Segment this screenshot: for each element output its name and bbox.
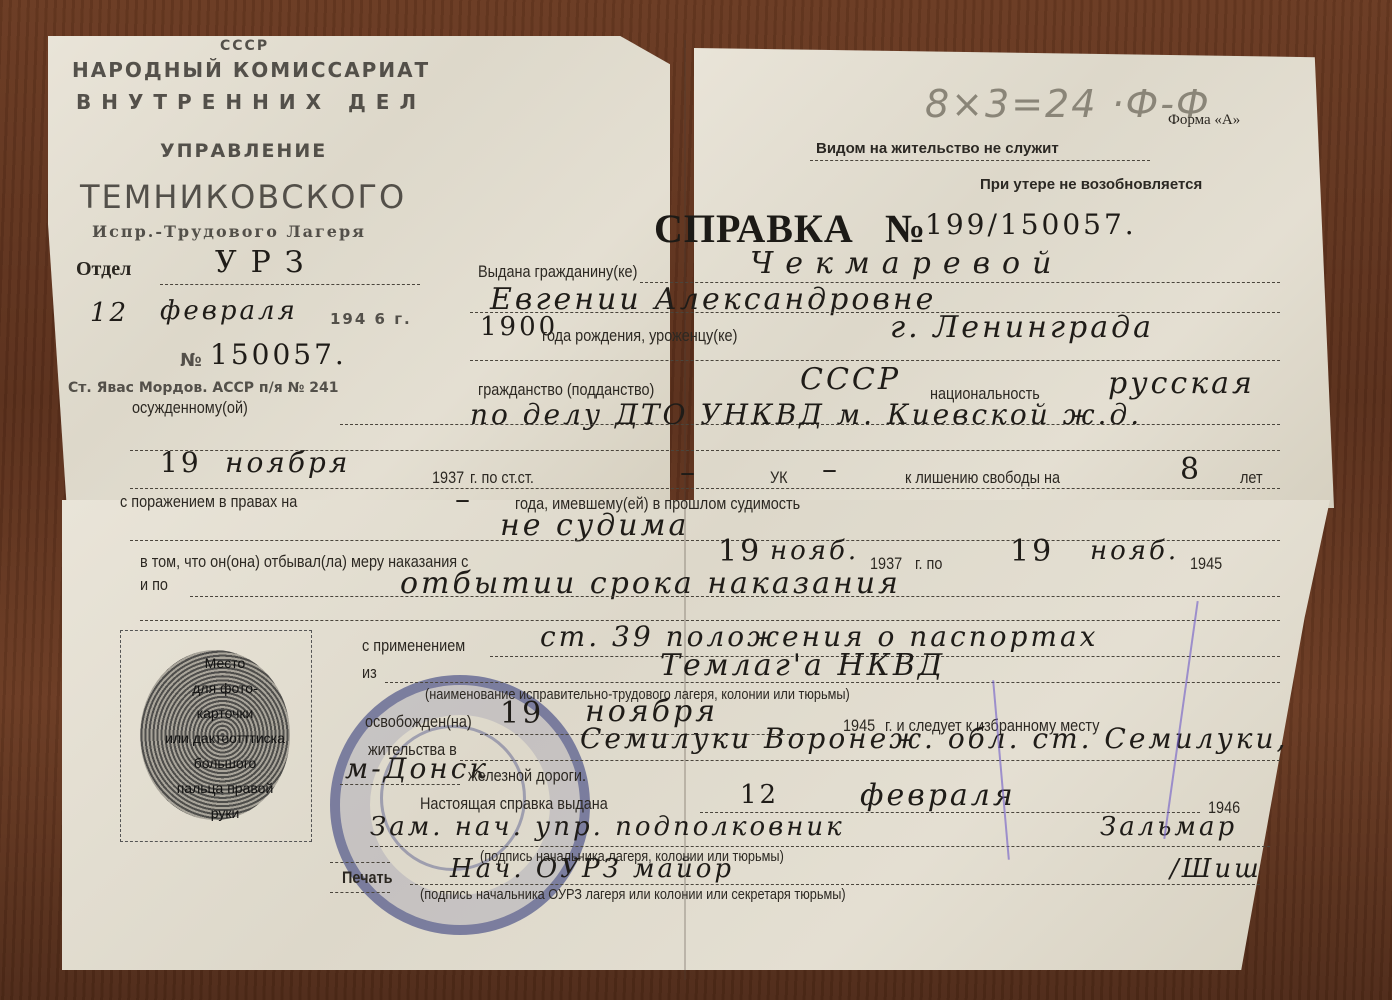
stamp-line: ТЕМНИКОВСКОГО <box>80 178 406 216</box>
served-to-month: нояб. <box>1090 536 1179 566</box>
fingerprint-caption: для фото- <box>145 680 305 696</box>
rule <box>160 284 420 285</box>
stamp-date-month: февраля <box>160 296 298 326</box>
rule <box>810 160 1150 161</box>
deprivation-label: к лишению свободы на <box>905 468 1060 488</box>
residence: Семилуки Воронеж. обл. ст. Семилуки, <box>580 722 1288 755</box>
prior-conviction: не судима <box>500 508 689 543</box>
ourz-name: /Шиш <box>1170 854 1262 884</box>
issued-to-label: Выдана гражданину(ке) <box>478 262 637 282</box>
fingerprint-caption: Место <box>145 655 305 671</box>
rule <box>460 760 1280 761</box>
ourz-caption: (подпись начальника ОУРЗ лагеря или коло… <box>420 886 846 903</box>
chief-signature: Зам. нач. упр. подполковник <box>370 812 845 842</box>
article: – <box>680 455 698 490</box>
ourz-signature: Нач. ОУРЗ майор <box>450 854 734 884</box>
served-to-year: 1945 <box>1190 554 1222 574</box>
notice-not-residence-permit: Видом на жительство не служит <box>816 140 1059 157</box>
surname: Чекмаревой <box>750 246 1063 281</box>
birthplace: г. Ленинграда <box>890 310 1154 345</box>
stamp-line: СССР <box>220 38 269 54</box>
fingerprint-caption: пальца правой <box>145 780 305 796</box>
stamp-line: ВНУТРЕННИХ ДЕЛ <box>76 90 426 114</box>
citizenship-label: гражданство (подданство) <box>478 380 654 400</box>
stamp-date-day: 12 <box>90 298 129 328</box>
stamp-line: УПРАВЛЕНИЕ <box>160 140 327 162</box>
released-day: 19 <box>500 696 544 731</box>
issued-label: Настоящая справка выдана <box>420 794 608 814</box>
rule <box>385 682 1280 683</box>
served-from-day: 19 <box>718 534 762 569</box>
form-label: Форма «А» <box>1168 112 1240 129</box>
chief-name: Зальмар <box>1100 812 1237 842</box>
served-to-day: 19 <box>1010 534 1054 569</box>
stamp-address: Ст. Явас Мордов. АССР п/я № 241 <box>68 380 339 396</box>
rights-term: – <box>455 482 473 517</box>
rule <box>330 862 390 863</box>
rights-label: с поражением в правах на <box>120 492 297 512</box>
birth-label: года рождения, уроженцу(ке) <box>542 326 737 346</box>
fingerprint-caption: большого <box>145 755 305 771</box>
issued-month: февраля <box>860 778 1016 813</box>
rule <box>410 884 1260 885</box>
from-camp: Темлаг'а НКВД <box>660 648 945 683</box>
case: по делу ДТО УНКВД м. Киевской ж.д. <box>470 398 1142 431</box>
code-label: УК <box>770 468 788 488</box>
title-number-sign: № <box>885 205 926 252</box>
fingerprint-caption: руки <box>145 805 305 821</box>
code: – <box>822 452 840 487</box>
rule <box>340 424 1280 425</box>
stamp-line: НАРОДНЫЙ КОМИССАРИАТ <box>72 58 430 82</box>
convicted-label: осужденному(ой) <box>132 398 248 418</box>
from-label: из <box>362 663 377 683</box>
stamp-line: Испр.-Трудового Лагеря <box>92 222 366 241</box>
conviction-month: ноября <box>225 446 350 479</box>
stamp-number-prefix: № <box>180 350 204 371</box>
fingerprint-caption: карточки <box>145 705 305 721</box>
document-title: СПРАВКА <box>654 205 854 252</box>
served-to-label: г. по <box>915 554 942 574</box>
nationality: русская <box>1108 366 1255 401</box>
and-by-label: и по <box>140 575 168 595</box>
served-from-month: нояб. <box>770 536 859 566</box>
rule <box>370 846 1270 847</box>
rule <box>340 784 460 785</box>
released-label: освобожден(на) <box>365 712 472 732</box>
dept-value: УРЗ <box>215 245 318 280</box>
stamp-date-year: 194 6 г. <box>330 310 412 328</box>
conviction-year-label: г. по ст.ст. <box>470 468 534 488</box>
term-unit: лет <box>1240 468 1263 488</box>
notice-not-renewable: При утере не возобновляется <box>980 176 1202 193</box>
applying-label: с применением <box>362 636 465 656</box>
rule <box>330 892 390 893</box>
rule <box>470 360 1280 361</box>
conviction-day: 19 <box>160 446 202 479</box>
term: 8 <box>1180 452 1202 487</box>
fingerprint-caption: или дактоотттиска <box>145 730 305 746</box>
citizenship: СССР <box>800 362 901 397</box>
railway-label: железной дороги. <box>468 766 586 786</box>
stamp-number: 150057. <box>210 338 347 371</box>
issued-day: 12 <box>740 780 779 810</box>
rule <box>470 312 1280 313</box>
rule <box>130 488 1280 489</box>
seal-label: Печать <box>342 868 392 888</box>
title-number: 199/150057. <box>925 208 1137 241</box>
rule <box>190 596 1280 597</box>
dept-label: Отдел <box>76 258 131 281</box>
